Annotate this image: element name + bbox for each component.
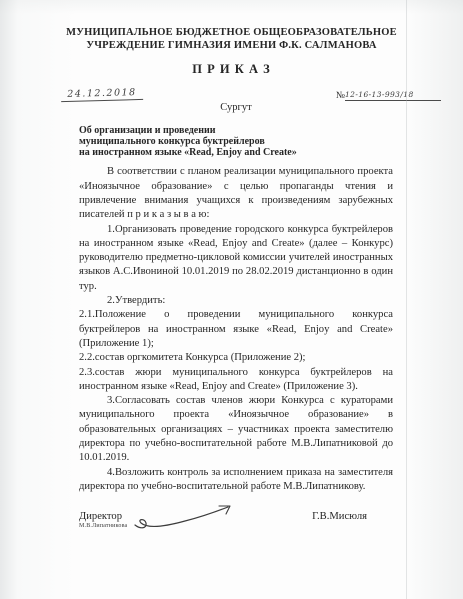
- subject-block: Об организации и проведении муниципально…: [79, 126, 393, 158]
- signer-title-block: Директор М.В.Липатникова: [79, 511, 127, 529]
- paragraph: 2.2.состав оргкомитета Конкурса (Приложе…: [79, 351, 393, 365]
- paragraph: 3.Согласовать состав членов жюри Конкурс…: [79, 394, 393, 465]
- doc-number: № 12-16-13-993/18: [336, 90, 441, 101]
- signature-block: Директор М.В.Липатникова Г.В.Мисюля: [79, 511, 393, 529]
- director-name: Г.В.Мисюля: [312, 511, 367, 529]
- paragraph: 2.Утвердить:: [79, 294, 393, 308]
- number-label: №: [336, 91, 345, 101]
- paragraph: В соответствии с планом реализации муниц…: [79, 165, 393, 222]
- paragraph: 1.Организовать проведение городского кон…: [79, 223, 393, 294]
- paragraph: 2.1.Положение о проведении муниципальног…: [79, 308, 393, 351]
- doc-type-title: П Р И К А З: [0, 62, 463, 77]
- subject-line: на иностранном языке «Read, Enjoy and Cr…: [79, 148, 393, 159]
- org-name-header: МУНИЦИПАЛЬНОЕ БЮДЖЕТНОЕ ОБЩЕОБРАЗОВАТЕЛЬ…: [0, 0, 463, 52]
- subject-line: муниципального конкурса буктрейлеров: [79, 137, 393, 148]
- org-name-line2: УЧРЕЖДЕНИЕ ГИМНАЗИЯ ИМЕНИ Ф.К. САЛМАНОВА: [0, 39, 463, 52]
- document-body: В соответствии с планом реализации муниц…: [79, 165, 393, 494]
- paragraph: 4.Возложить контроль за исполнением прик…: [79, 466, 393, 495]
- paragraph: 2.3.состав жюри муниципального конкурса …: [79, 366, 393, 395]
- handwritten-date: 24.12.2018: [61, 87, 143, 102]
- document-page: МУНИЦИПАЛЬНОЕ БЮДЖЕТНОЕ ОБЩЕОБРАЗОВАТЕЛЬ…: [0, 0, 463, 599]
- city-label: Сургут: [79, 102, 393, 113]
- handwritten-signature: [131, 503, 241, 533]
- handwritten-number: 12-16-13-993/18: [345, 90, 441, 101]
- org-name-line1: МУНИЦИПАЛЬНОЕ БЮДЖЕТНОЕ ОБЩЕОБРАЗОВАТЕЛЬ…: [0, 26, 463, 39]
- document-content: 24.12.2018 № 12-16-13-993/18 Сургут Об о…: [0, 88, 463, 529]
- prepared-by: М.В.Липатникова: [79, 523, 127, 529]
- signer-title: Директор: [79, 511, 127, 522]
- scan-edge-artifact: [406, 0, 407, 599]
- meta-row: 24.12.2018 № 12-16-13-993/18: [79, 88, 393, 101]
